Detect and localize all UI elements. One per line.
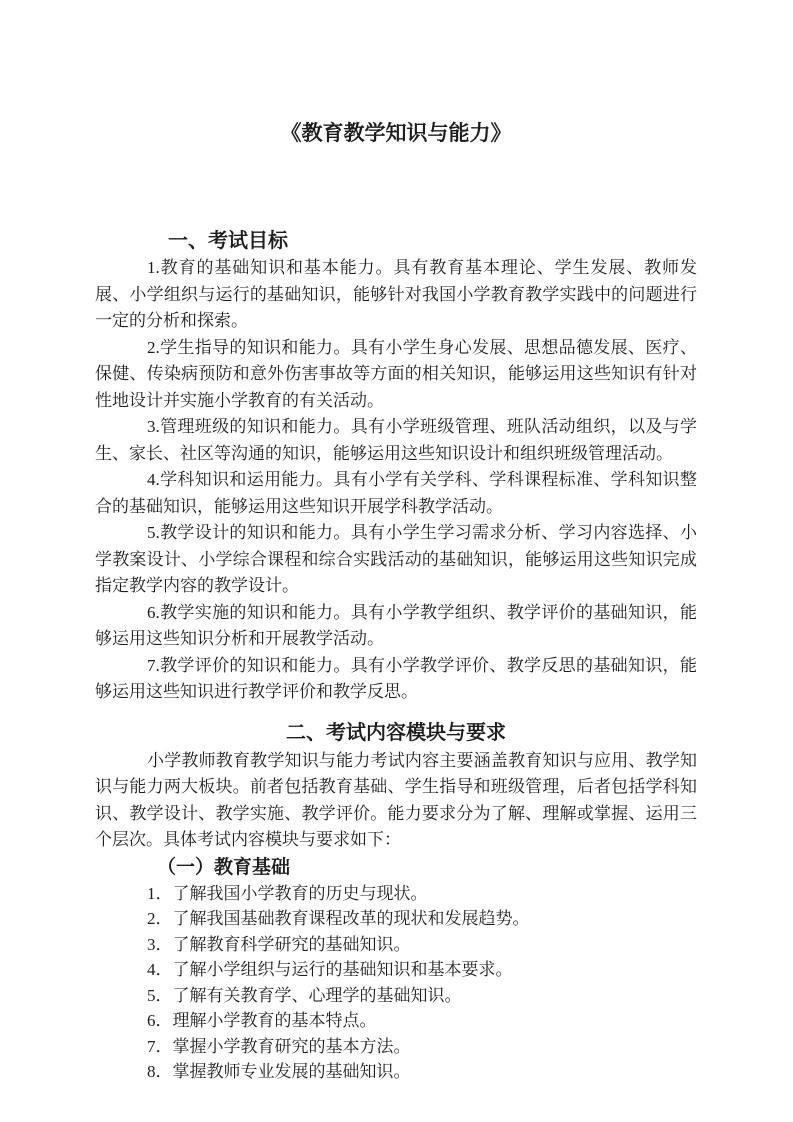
requirement-item-5: 5．了解有关教育学、心理学的基础知识。	[95, 983, 697, 1009]
objective-paragraph-3: 3.管理班级的知识和能力。具有小学班级管理、班队活动组织，以及与学生、家长、社区…	[95, 414, 697, 467]
objective-paragraph-4: 4.学科知识和运用能力。具有小学有关学科、学科课程标准、学科知识整合的基础知识，…	[95, 467, 697, 520]
objective-paragraph-7: 7.教学评价的知识和能力。具有小学教学评价、教学反思的基础知识，能够运用这些知识…	[95, 653, 697, 706]
objective-paragraph-1: 1.教育的基础知识和基本能力。具有教育基本理论、学生发展、教师发展、小学组织与运…	[95, 255, 697, 335]
requirement-item-3: 3．了解教育科学研究的基础知识。	[95, 932, 697, 958]
requirement-item-2: 2．了解我国基础教育课程改革的现状和发展趋势。	[95, 906, 697, 932]
objective-paragraph-6: 6.教学实施的知识和能力。具有小学教学组织、教学评价的基础知识，能够运用这些知识…	[95, 600, 697, 653]
requirement-item-7: 7．掌握小学教育研究的基本方法。	[95, 1034, 697, 1060]
objective-paragraph-2: 2.学生指导的知识和能力。具有小学生身心发展、思想品德发展、医疗、保健、传染病预…	[95, 335, 697, 415]
document-content: 《教育教学知识与能力》 一、考试目标 1.教育的基础知识和基本能力。具有教育基本…	[0, 0, 793, 1085]
section-heading-exam-objectives: 一、考试目标	[95, 228, 697, 255]
content-modules-intro-paragraph: 小学教师教育教学知识与能力考试内容主要涵盖教育知识与应用、教学知识与能力两大板块…	[95, 748, 697, 854]
document-page: 《教育教学知识与能力》 一、考试目标 1.教育的基础知识和基本能力。具有教育基本…	[0, 0, 793, 1122]
requirement-item-6: 6．理解小学教育的基本特点。	[95, 1008, 697, 1034]
objective-paragraph-5: 5.教学设计的知识和能力。具有小学生学习需求分析、学习内容选择、小学教案设计、小…	[95, 520, 697, 600]
document-title: 《教育教学知识与能力》	[95, 118, 697, 148]
requirement-item-8: 8．掌握教师专业发展的基础知识。	[95, 1059, 697, 1085]
requirement-item-1: 1．了解我国小学教育的历史与现状。	[95, 881, 697, 907]
subsection-heading-education-foundation: （一）教育基础	[95, 854, 697, 881]
section-heading-content-modules: 二、考试内容模块与要求	[95, 718, 697, 748]
requirement-item-4: 4．了解小学组织与运行的基础知识和基本要求。	[95, 957, 697, 983]
